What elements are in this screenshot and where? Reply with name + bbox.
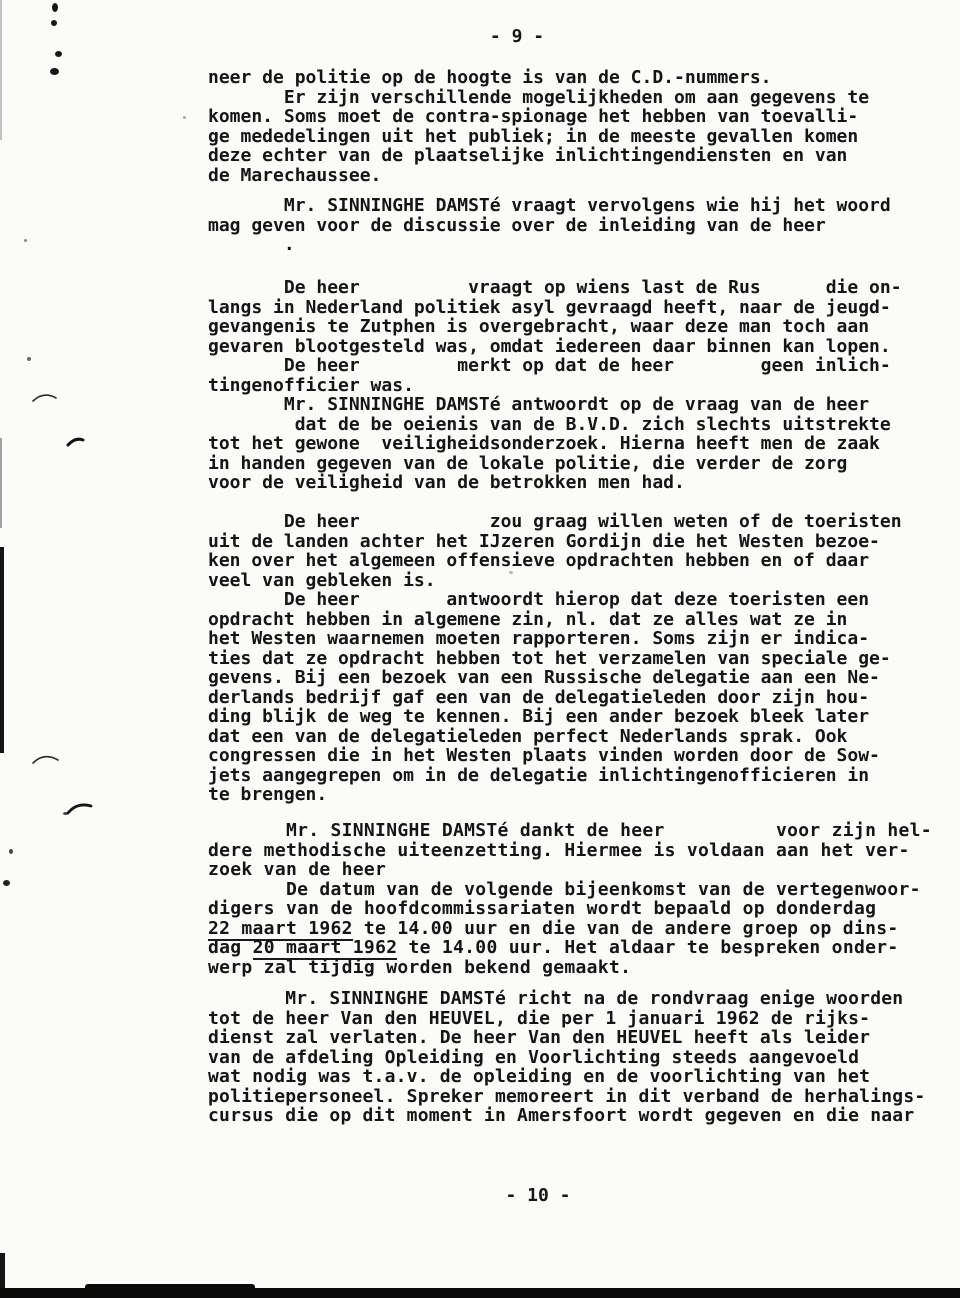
text-run: De heer zou graag willen weten of de toe… [208,511,902,532]
ink-dot [3,880,10,886]
text-line: opdracht hebben in algemene zin, nl. dat… [208,610,902,630]
text-run: van de afdeling Opleiding en Voorlichtin… [208,1047,859,1068]
paragraph: neer de politie op de hoogte is van de C… [208,68,869,185]
text-line: deze echter van de plaatselijke inlichti… [208,146,869,166]
text-line: tot de heer Van den HEUVEL, die per 1 ja… [208,1009,925,1029]
text-line: zoek van de heer [208,860,932,880]
text-line: mag geven voor de discussie over de inle… [208,216,891,236]
text-line: digers van de hoofdcommissariaten wordt … [208,899,932,919]
text-run: dat de be oeienis van de B.V.D. zich sle… [208,414,891,435]
text-line: congressen die in het Westen plaats vind… [208,746,902,766]
text-run: derlands bedrijf gaf een van de delegati… [208,687,869,708]
scan-bottom-edge [85,1284,255,1291]
paragraph: Mr. SINNINGHE DAMSTé vraagt vervolgens w… [208,196,891,255]
text-line: gevens. Bij een bezoek van een Russische… [208,668,902,688]
scan-edge-artifact [0,547,4,753]
text-run: De heer merkt op dat de heer geen inlich… [208,355,891,376]
text-line: Mr. SINNINGHE DAMSTé antwoordt op de vra… [208,395,902,415]
text-run: neer de politie op de hoogte is van de C… [208,67,772,88]
text-line: cursus die op dit moment in Amersfoort w… [208,1106,925,1126]
text-run: langs in Nederland politiek asyl gevraag… [208,297,891,318]
text-line: uit de landen achter het IJzeren Gordijn… [208,532,902,552]
text-run: ge mededelingen uit het publiek; in de m… [208,126,858,147]
text-line: De heer vraagt op wiens last de Rus die … [208,278,902,298]
text-run: De heer vraagt op wiens last de Rus die … [208,277,902,298]
text-run: opdracht hebben in algemene zin, nl. dat… [208,609,847,630]
text-run: veel van gebleken is. [208,570,436,591]
text-line: jets aangegrepen om in de delegatie inli… [208,766,902,786]
text-line: tot het gewone veiligheidsonderzoek. Hie… [208,434,902,454]
ink-dot [55,51,62,57]
text-line: ding blijk de weg te kennen. Bij een and… [208,707,902,727]
text-run: ding blijk de weg te kennen. Bij een and… [208,706,869,727]
text-run: dag [208,937,253,958]
text-line: ties dat ze opdracht hebben tot het verz… [208,649,902,669]
text-run: dienst zal verlaten. De heer Van den HEU… [208,1027,870,1048]
text-line: gevaren blootgesteld was, omdat iedereen… [208,337,902,357]
text-run: te 14.00 uur. Het aldaar te bespreken on… [397,937,898,958]
text-run: het Westen waarnemen moeten rapporteren.… [208,628,869,649]
text-run: De heer antwoordt hierop dat deze toeris… [208,589,869,610]
text-run: gevangenis te Zutphen is overgebracht, w… [208,316,869,337]
text-line: werp zal tijdig worden bekend gemaakt. [208,958,932,978]
text-line: wat nodig was t.a.v. de opleiding en de … [208,1067,925,1087]
text-run: mag geven voor de discussie over de inle… [208,215,826,236]
text-run: De datum van de volgende bijeenkomst van… [208,879,921,900]
text-run: Mr. SINNINGHE DAMSTé antwoordt op de vra… [208,394,869,415]
ink-dot [50,68,59,75]
text-run: cursus die op dit moment in Amersfoort w… [208,1105,914,1126]
text-run: ken over het algemeen offensieve opdrach… [208,550,869,571]
text-line: in handen gegeven van de lokale politie,… [208,454,902,474]
text-line: dat de be oeienis van de B.V.D. zich sle… [208,415,902,435]
text-run: tot het gewone veiligheidsonderzoek. Hie… [208,433,880,454]
text-run: dere methodische uiteenzetting. Hiermee … [208,840,910,861]
text-run: uit de landen achter het IJzeren Gordijn… [208,531,880,552]
text-run: . [208,234,295,255]
text-run: tot de heer Van den HEUVEL, die per 1 ja… [208,1008,870,1029]
text-line: dienst zal verlaten. De heer Van den HEU… [208,1028,925,1048]
text-line: 22 maart 1962 te 14.00 uur en die van de… [208,919,932,939]
text-line: gevangenis te Zutphen is overgebracht, w… [208,317,902,337]
text-line: ge mededelingen uit het publiek; in de m… [208,127,869,147]
text-run: jets aangegrepen om in de delegatie inli… [208,765,869,786]
text-line: dere methodische uiteenzetting. Hiermee … [208,841,932,861]
text-run: gevaren blootgesteld was, omdat iedereen… [208,336,891,357]
ink-dot [51,20,57,26]
paragraph: De heer zou graag willen weten of de toe… [208,512,902,805]
text-run: wat nodig was t.a.v. de opleiding en de … [208,1066,870,1087]
ink-speck [509,571,513,574]
text-run: Mr. SINNINGHE DAMSTé vraagt vervolgens w… [208,195,891,216]
text-line: derlands bedrijf gaf een van de delegati… [208,688,902,708]
pencil-arc-mark [31,390,59,404]
ink-speck [24,239,27,242]
text-line: Mr. SINNINGHE DAMSTé vraagt vervolgens w… [208,196,891,216]
text-line: dat een van de delegatieleden perfect Ne… [208,727,902,747]
text-line: De datum van de volgende bijeenkomst van… [208,880,932,900]
text-run: in handen gegeven van de lokale politie,… [208,453,847,474]
text-run: digers van de hoofdcommissariaten wordt … [208,898,876,919]
text-line: langs in Nederland politiek asyl gevraag… [208,298,902,318]
text-run: komen. Soms moet de contra-spionage het … [208,106,858,127]
text-run: Er zijn verschillende mogelijkheden om a… [208,87,869,108]
text-line: van de afdeling Opleiding en Voorlichtin… [208,1048,925,1068]
pencil-arc-mark [65,800,95,816]
text-line: komen. Soms moet de contra-spionage het … [208,107,869,127]
text-run: voor de veiligheid van de betrokken men … [208,472,685,493]
text-run: dat een van de delegatieleden perfect Ne… [208,726,847,747]
text-line: tingenofficier was. [208,376,902,396]
text-line: te brengen. [208,785,902,805]
text-run: ties dat ze opdracht hebben tot het verz… [208,648,891,669]
text-run: zoek van de heer [208,859,386,880]
text-line: Mr. SINNINGHE DAMSTé dankt de heer voor … [208,821,932,841]
text-run: de Marechaussee. [208,165,381,186]
paragraph: Mr. SINNINGHE DAMSTé dankt de heer voor … [208,821,932,977]
text-run: tingenofficier was. [208,375,414,396]
document-text-column: neer de politie op de hoogte is van de C… [0,0,960,1298]
text-run: deze echter van de plaatselijke inlichti… [208,145,847,166]
text-run: congressen die in het Westen plaats vind… [208,745,880,766]
ink-dot [52,3,58,12]
pencil-arc-mark [66,436,86,448]
scan-edge-artifact [0,0,2,140]
ink-speck [183,116,186,119]
text-run: Mr. SINNINGHE DAMSTé dankt de heer voor … [208,820,932,841]
paragraph: Mr. SINNINGHE DAMSTé richt na de rondvra… [208,989,925,1126]
text-line: Mr. SINNINGHE DAMSTé richt na de rondvra… [208,989,925,1009]
text-line: . [208,235,891,255]
pencil-arc-mark [31,750,61,766]
text-line: politiepersoneel. Spreker memoreert in d… [208,1087,925,1107]
text-run: te brengen. [208,784,327,805]
text-line: de Marechaussee. [208,166,869,186]
text-run: Mr. SINNINGHE DAMSTé richt na de rondvra… [208,988,903,1009]
text-line: dag 20 maart 1962 te 14.00 uur. Het alda… [208,938,932,958]
text-run: gevens. Bij een bezoek van een Russische… [208,667,880,688]
ink-speck [27,357,31,361]
text-run: politiepersoneel. Spreker memoreert in d… [208,1086,925,1107]
text-line: veel van gebleken is. [208,571,902,591]
text-line: De heer zou graag willen weten of de toe… [208,512,902,532]
ink-dot [9,849,13,854]
text-line: ken over het algemeen offensieve opdrach… [208,551,902,571]
text-line: voor de veiligheid van de betrokken men … [208,473,902,493]
text-run: te 14.00 uur en die van de andere groep … [353,918,899,939]
text-line: neer de politie op de hoogte is van de C… [208,68,869,88]
text-run: werp zal tijdig worden bekend gemaakt. [208,957,631,978]
text-line: De heer merkt op dat de heer geen inlich… [208,356,902,376]
text-line: De heer antwoordt hierop dat deze toeris… [208,590,902,610]
text-line: Er zijn verschillende mogelijkheden om a… [208,88,869,108]
scan-edge-artifact [0,438,2,528]
text-line: het Westen waarnemen moeten rapporteren.… [208,629,902,649]
paragraph: De heer vraagt op wiens last de Rus die … [208,278,902,493]
